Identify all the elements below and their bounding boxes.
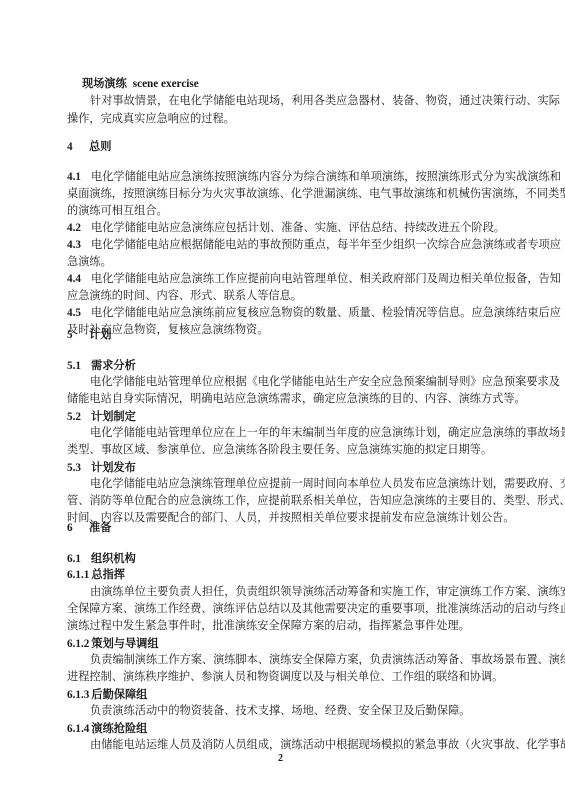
subsection-title: 计划发布 xyxy=(91,460,136,474)
subsection-title: 需求分析 xyxy=(91,358,136,372)
clause-number: 4.5 xyxy=(67,306,91,320)
section-number: 4 xyxy=(67,140,89,154)
clause-line: 负责演练活动中的物资装备、技术支撑、场地、经费、安全保卫及后勤保障。 xyxy=(90,704,511,718)
clause-line: 电化学储能电站管理单位应在上一年的年末编制当年度的应急演练计划，确定应急演练的事… xyxy=(90,426,511,440)
subsubsection-6-1-3: 6.1.3后勤保障组 xyxy=(67,687,511,702)
clause-line: 应急演练的时间、内容、形式、联系人等信息。 xyxy=(67,289,511,303)
clause-number: 4.1 xyxy=(67,170,91,184)
clause-line: 负责编制演练工作方案、演练脚本、演练安全保障方案，负责演练活动筹备、事故场景布置… xyxy=(90,653,511,667)
subsection-5-2: 5.2计划制定 xyxy=(67,409,511,424)
section-heading-6: 6准备 xyxy=(67,520,511,535)
clause-number: 4.3 xyxy=(67,238,91,252)
section-number: 5 xyxy=(67,328,89,342)
subsubsection-title: 演练抢险组 xyxy=(91,721,147,735)
subsubsection-number: 6.1.4 xyxy=(67,722,89,736)
subsection-number: 5.3 xyxy=(67,461,91,475)
clause-4-3: 4.3电化学储能电站应根据储能电站的事故预防重点，每半年至少组织一次综合应急演练… xyxy=(67,238,511,252)
clause-line: 由储能电站运维人员及消防人员组成，演练活动中根据现场模拟的紧急事故（火灾事故、化… xyxy=(90,738,511,752)
clause-line: 演练过程中发生紧急事件时，批准演练安全保障方案的启动，指挥紧急事件处理。 xyxy=(67,619,511,633)
document-page: 现场演练scene exercise 针对事故情景，在电化学储能电站现场，利用各… xyxy=(0,0,565,800)
page-number: 2 xyxy=(278,753,283,764)
section-number: 6 xyxy=(67,521,89,535)
clause-text: 电化学储能电站应急演练工作应提前向电站管理单位、相关政府部门及周边相关单位报备，… xyxy=(91,272,561,285)
clause-line: 急演练。 xyxy=(67,255,511,269)
term-definition-line: 针对事故情景，在电化学储能电站现场，利用各类应急器材、装备、物资，通过决策行动、… xyxy=(90,94,511,108)
clause-text: 电化学储能电站应急演练前应复核应急物资的数量、质量、检验情况等信息。应急演练结束… xyxy=(91,306,561,319)
clause-line: 电化学储能电站应急演练管理单位应提前一周时间向本单位人员发布应急演练计划，需要政… xyxy=(90,477,511,491)
subsection-5-3: 5.3计划发布 xyxy=(67,460,511,475)
subsubsection-number: 6.1.1 xyxy=(67,568,89,582)
subsubsection-6-1-4: 6.1.4演练抢险组 xyxy=(67,721,511,736)
clause-line: 由演练单位主要负责人担任，负责组织领导演练活动筹备和实施工作，审定演练工作方案、… xyxy=(90,585,511,599)
subsection-title: 计划制定 xyxy=(91,409,136,423)
subsection-title: 组织机构 xyxy=(91,551,136,565)
clause-number: 4.2 xyxy=(67,221,91,235)
term-heading: 现场演练scene exercise xyxy=(82,76,526,91)
subsubsection-6-1-1: 6.1.1总指挥 xyxy=(67,567,511,582)
section-title: 总则 xyxy=(89,139,111,153)
term-zh: 现场演练 xyxy=(82,76,127,90)
clause-4-4: 4.4电化学储能电站应急演练工作应提前向电站管理单位、相关政府部门及周边相关单位… xyxy=(67,272,511,286)
clause-text: 电化学储能电站应急演练按照演练内容分为综合演练和单项演练，按照演练形式分为实战演… xyxy=(91,170,561,183)
subsubsection-6-1-2: 6.1.2策划与导调组 xyxy=(67,636,511,651)
subsection-number: 6.1 xyxy=(67,552,91,566)
subsubsection-title: 总指挥 xyxy=(91,567,125,581)
subsection-number: 5.1 xyxy=(67,359,91,373)
clause-4-2: 4.2电化学储能电站应急演练应包括计划、准备、实施、评估总结、持续改进五个阶段。 xyxy=(67,221,511,235)
clause-line: 电化学储能电站管理单位应根据《电化学储能电站生产安全应急预案编制导则》应急预案要… xyxy=(90,375,511,389)
clause-4-1: 4.1电化学储能电站应急演练按照演练内容分为综合演练和单项演练，按照演练形式分为… xyxy=(67,170,511,184)
subsection-number: 5.2 xyxy=(67,410,91,424)
clause-line: 的演练可相互组合。 xyxy=(67,204,511,218)
section-title: 计划 xyxy=(89,327,111,341)
subsubsection-number: 6.1.2 xyxy=(67,637,89,651)
clause-4-5: 4.5电化学储能电站应急演练前应复核应急物资的数量、质量、检验情况等信息。应急演… xyxy=(67,306,511,320)
clause-text: 电化学储能电站应根据储能电站的事故预防重点，每半年至少组织一次综合应急演练或者专… xyxy=(91,238,561,251)
clause-line: 全保障方案、演练工作经费、演练评估总结以及其他需要决定的重要事项，批准演练活动的… xyxy=(67,602,511,616)
subsubsection-title: 策划与导调组 xyxy=(91,636,158,650)
clause-number: 4.4 xyxy=(67,272,91,286)
term-definition-line: 操作，完成真实应急响应的过程。 xyxy=(67,112,511,126)
clause-line: 桌面演练，按照演练目标分为火灾事故演练、化学泄漏演练、电气事故演练和机械伤害演练… xyxy=(67,187,511,201)
clause-line: 管、消防等单位配合的应急演练工作，应提前联系相关单位，告知应急演练的主要目的、类… xyxy=(67,494,511,508)
section-title: 准备 xyxy=(89,520,111,534)
section-heading-4: 4总则 xyxy=(67,139,511,154)
section-heading-5-label: 5计划 xyxy=(67,327,511,342)
clause-line: 储能电站自身实际情况，明确电站应急演练需求，确定应急演练的目的、内容、演练方式等… xyxy=(67,392,511,406)
clause-text: 电化学储能电站应急演练应包括计划、准备、实施、评估总结、持续改进五个阶段。 xyxy=(91,221,505,234)
subsubsection-number: 6.1.3 xyxy=(67,688,89,702)
subsubsection-title: 后勤保障组 xyxy=(91,687,147,701)
subsection-6-1: 6.1组织机构 xyxy=(67,551,511,566)
clause-line: 进程控制、演练秩序维护、参演人员和物资调度以及与相关单位、工作组的联络和协调。 xyxy=(67,670,511,684)
term-en: scene exercise xyxy=(133,78,199,90)
clause-line: 类型、事故区域、参演单位、应急演练各阶段主要任务、应急演练实施的拟定日期等。 xyxy=(67,443,511,457)
subsection-5-1: 5.1需求分析 xyxy=(67,358,511,373)
